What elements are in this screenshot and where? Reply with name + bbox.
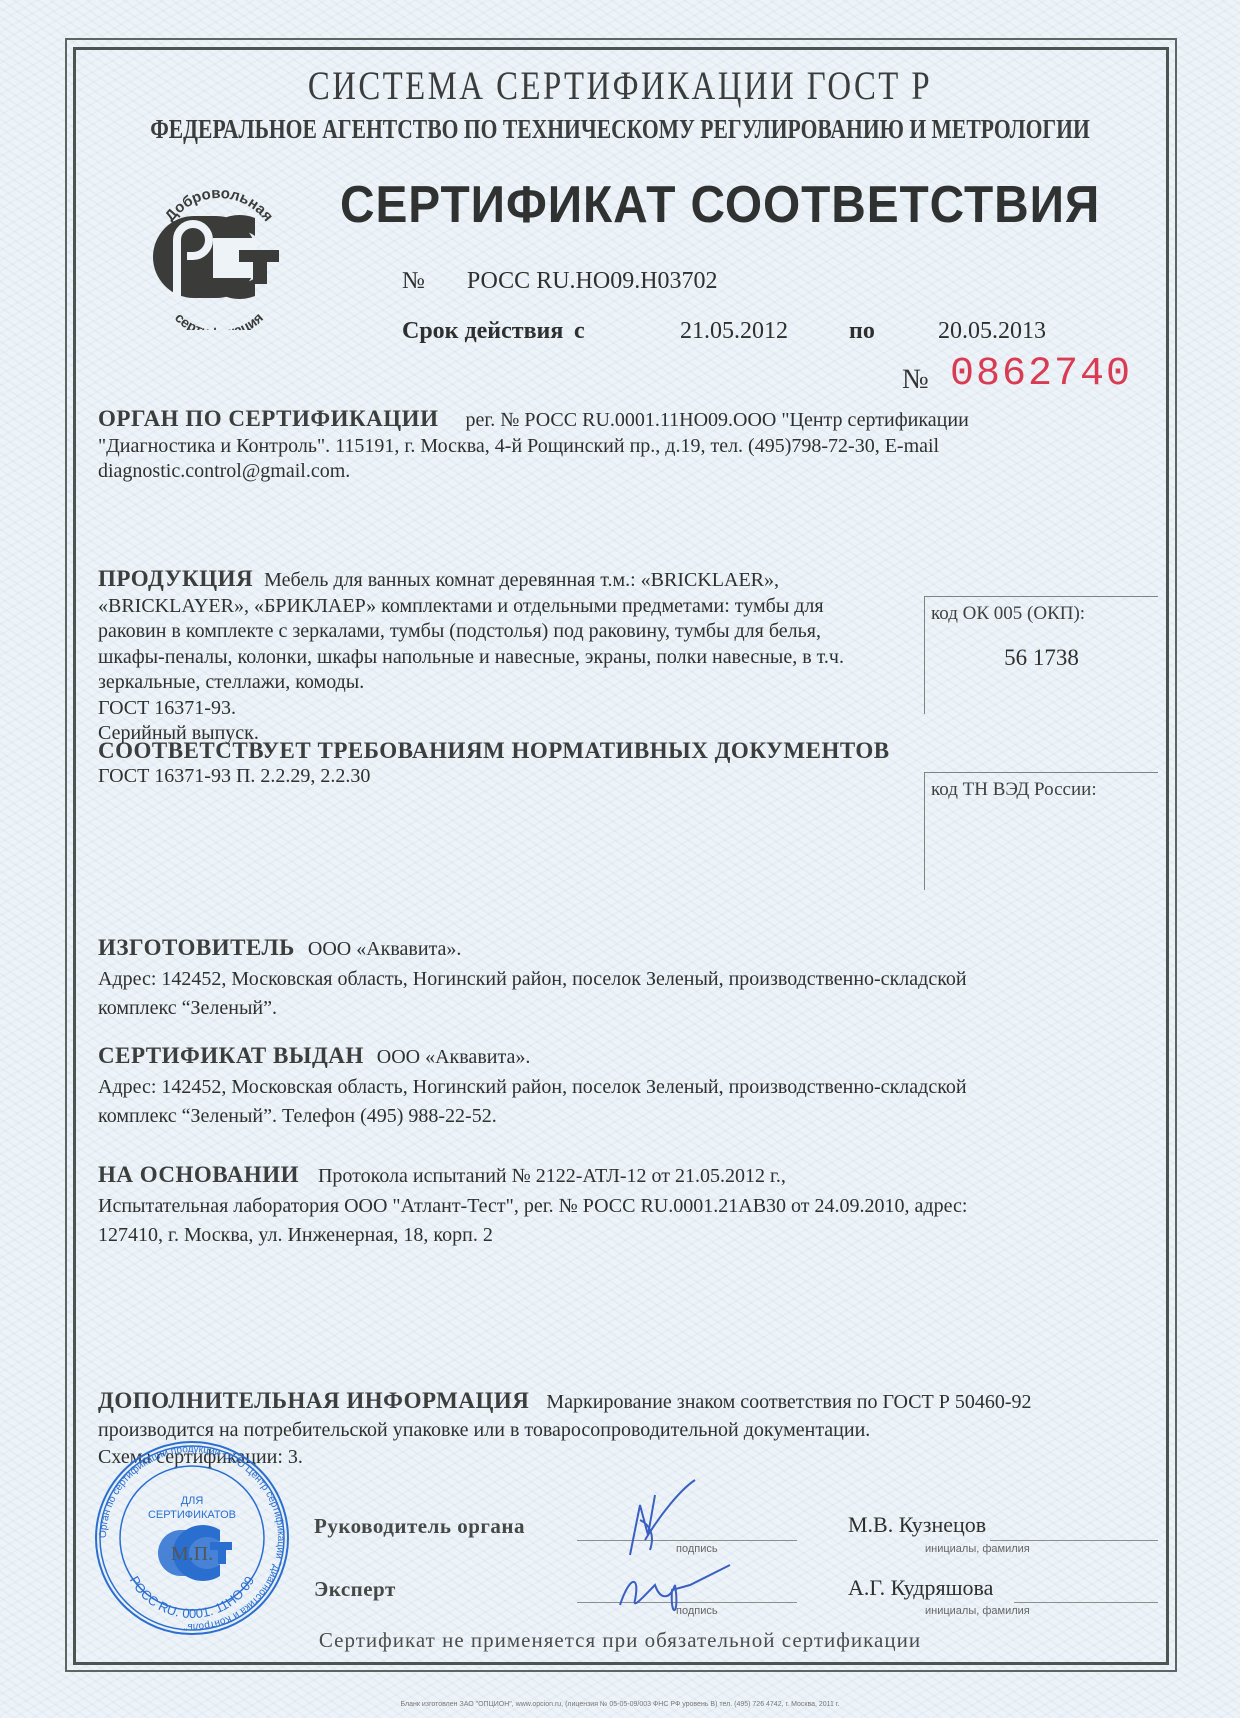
okp-code-label: код ОК 005 (ОКП): xyxy=(925,597,1158,625)
head-name-caption: инициалы, фамилия xyxy=(925,1543,1030,1555)
conformity-docs: ГОСТ 16371-93 П. 2.2.29, 2.2.30 xyxy=(98,764,1098,790)
manufacturer-section: ИЗГОТОВИТЕЛЬ ООО «Аквавита». Адрес: 1424… xyxy=(98,935,1158,1022)
okp-code-value: 56 1738 xyxy=(925,645,1158,671)
additional-info-heading: ДОПОЛНИТЕЛЬНАЯ ИНФОРМАЦИЯ xyxy=(98,1388,529,1413)
head-name-line xyxy=(990,1540,1158,1541)
printer-imprint: Бланк изготовлен ЗАО "ОПЦИОН", www.opcio… xyxy=(0,1701,1240,1708)
seal-stamp-icon: Орган по сертификации продукции ООО Цент… xyxy=(92,1438,292,1638)
serial-number: 0862740 xyxy=(950,352,1132,397)
certification-body-heading: ОРГАН ПО СЕРТИФИКАЦИИ xyxy=(98,406,438,431)
product-line5: зеркальные, стеллажи, комоды. xyxy=(98,670,928,696)
product-heading: ПРОДУКЦИЯ xyxy=(98,566,253,591)
okp-code-box: код ОК 005 (ОКП): 56 1738 xyxy=(924,596,1158,714)
manufacturer-address-line1: Адрес: 142452, Московская область, Ногин… xyxy=(98,967,1158,993)
basis-line1: Протокола испытаний № 2122-АТЛ-12 от 21.… xyxy=(318,1165,786,1187)
svg-text:ДЛЯ: ДЛЯ xyxy=(181,1495,204,1507)
basis-heading: НА ОСНОВАНИИ xyxy=(98,1162,299,1187)
manufacturer-address-line2: комплекс “Зеленый”. xyxy=(98,996,1158,1022)
product-line6: ГОСТ 16371-93. xyxy=(98,696,928,722)
certification-body-line3: diagnostic.control@gmail.com. xyxy=(98,459,1098,485)
expert-signature-icon xyxy=(600,1555,740,1625)
head-of-body-name: М.В. Кузнецов xyxy=(848,1512,986,1538)
expert-label: Эксперт xyxy=(314,1577,396,1602)
conformity-heading: СООТВЕТСТВУЕТ ТРЕБОВАНИЯМ НОРМАТИВНЫХ ДО… xyxy=(98,738,1098,764)
serial-label: № xyxy=(902,364,929,396)
certification-body-line1: рег. № РОСС RU.0001.11НО09.ООО "Центр се… xyxy=(465,409,968,431)
system-heading: СИСТЕМА СЕРТИФИКАЦИИ ГОСТ Р xyxy=(112,62,1129,109)
manufacturer-name: ООО «Аквавита». xyxy=(308,938,462,960)
expert-name: А.Г. Кудряшова xyxy=(848,1575,993,1601)
certification-body-section: ОРГАН ПО СЕРТИФИКАЦИИ рег. № РОСС RU.000… xyxy=(98,406,1098,485)
document-title: СЕРТИФИКАТ СООТВЕТСТВИЯ xyxy=(340,175,1100,235)
product-section: ПРОДУКЦИЯ Мебель для ванных комнат дерев… xyxy=(98,566,928,747)
svg-text:сертификация: сертификация xyxy=(172,309,266,330)
conformity-section: СООТВЕТСТВУЕТ ТРЕБОВАНИЯМ НОРМАТИВНЫХ ДО… xyxy=(98,738,1098,789)
basis-section: НА ОСНОВАНИИ Протокола испытаний № 2122-… xyxy=(98,1162,1158,1249)
basis-line3: 127410, г. Москва, ул. Инженерная, 18, к… xyxy=(98,1223,1158,1249)
validity-to-date: 20.05.2013 xyxy=(938,318,1046,345)
expert-name-line xyxy=(1014,1602,1158,1603)
product-line4: шкафы-пеналы, колонки, шкафы напольные и… xyxy=(98,645,928,671)
manufacturer-heading: ИЗГОТОВИТЕЛЬ xyxy=(98,935,295,960)
issued-to-address-line1: Адрес: 142452, Московская область, Ногин… xyxy=(98,1075,1158,1101)
additional-info-line1: Маркирование знаком соответствия по ГОСТ… xyxy=(546,1391,1031,1413)
validity-from-date: 21.05.2012 xyxy=(680,318,788,345)
certificate-number-row: № РОСС RU.HO09.H03702 xyxy=(402,268,718,295)
svg-text:М.П.: М.П. xyxy=(171,1543,213,1565)
product-line2: «BRICKLAYER», «БРИКЛАЕР» комплектами и о… xyxy=(98,594,928,620)
product-line3: раковин в комплекте с зеркалами, тумбы (… xyxy=(98,619,928,645)
product-line1: Мебель для ванных комнат деревянная т.м.… xyxy=(264,569,779,591)
basis-line2: Испытательная лаборатория ООО "Атлант-Те… xyxy=(98,1194,1158,1220)
svg-text:СЕРТИФИКАТОВ: СЕРТИФИКАТОВ xyxy=(148,1509,236,1521)
validity-to-label: по xyxy=(849,318,875,345)
issued-to-heading: СЕРТИФИКАТ ВЫДАН xyxy=(98,1043,364,1068)
issued-to-name: ООО «Аквавита». xyxy=(377,1046,531,1068)
certificate-number: РОСС RU.HO09.H03702 xyxy=(467,268,718,294)
issued-to-section: СЕРТИФИКАТ ВЫДАН ООО «Аквавита». Адрес: … xyxy=(98,1043,1158,1130)
voluntary-note: Сертификат не применяется при обязательн… xyxy=(0,1628,1240,1653)
rst-logo-icon: Добровольная сертификация xyxy=(143,178,295,330)
number-label: № xyxy=(402,268,425,294)
validity-label: Срок действия xyxy=(402,318,563,345)
expert-name-caption: инициалы, фамилия xyxy=(925,1605,1030,1617)
validity-from-label: с xyxy=(574,318,585,345)
head-signature-icon xyxy=(600,1475,720,1565)
agency-heading: ФЕДЕРАЛЬНОЕ АГЕНТСТВО ПО ТЕХНИЧЕСКОМУ РЕ… xyxy=(124,114,1116,145)
head-of-body-label: Руководитель органа xyxy=(314,1514,525,1539)
issued-to-address-line2: комплекс “Зеленый”. Телефон (495) 988-22… xyxy=(98,1104,1158,1130)
tnved-code-box: код ТН ВЭД России: xyxy=(924,772,1158,890)
certification-body-line2: "Диагностика и Контроль". 115191, г. Мос… xyxy=(98,434,1098,460)
